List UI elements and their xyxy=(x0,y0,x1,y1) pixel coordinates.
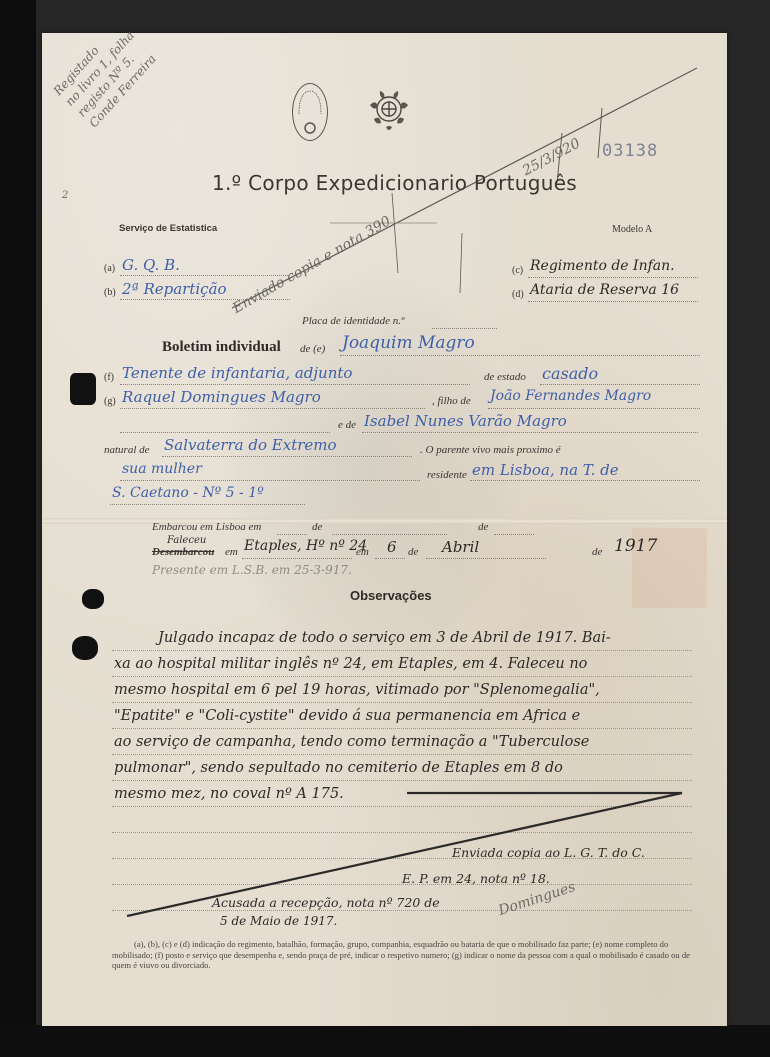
closing-strike-lines xyxy=(42,33,727,933)
receipt-note: Acusada a recepção, nota nº 720 de xyxy=(212,895,440,910)
scanner-background-left xyxy=(0,0,36,1057)
scanner-background-bottom xyxy=(0,1025,770,1057)
receipt-note-2: 5 de Maio de 1917. xyxy=(220,914,337,928)
document-page: Registado no livro 1, folha registo Nº 5… xyxy=(42,33,727,1026)
sent-copy-note: Enviada copia ao L. G. T. do C. xyxy=(452,845,645,860)
footnote: (a), (b), (c) e (d) indicação do regimen… xyxy=(112,939,697,971)
sent-copy-note-2: E. P. em 24, nota nº 18. xyxy=(402,871,550,886)
